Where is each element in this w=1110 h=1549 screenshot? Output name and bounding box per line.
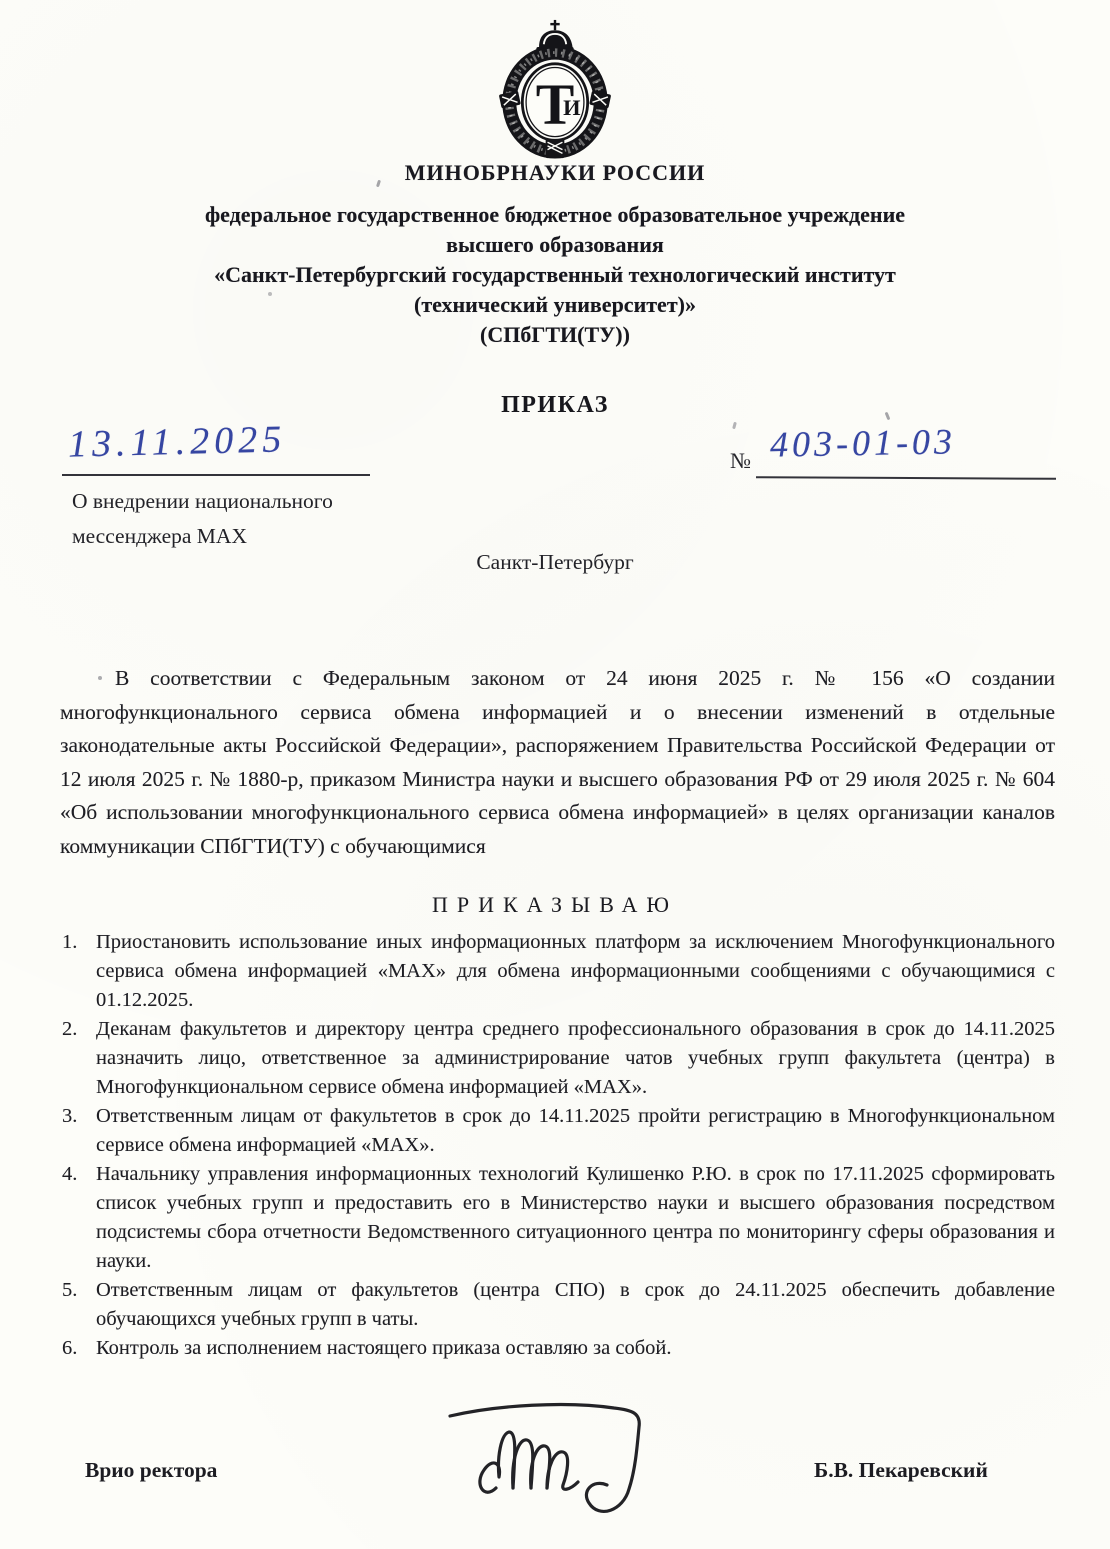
order-item-number: 6. [62, 1334, 77, 1363]
order-item-text: Ответственным лицам от факультетов в сро… [96, 1105, 1055, 1156]
order-item: 3. Ответственным лицам от факультетов в … [60, 1102, 1055, 1160]
handwritten-date: 13.11.2025 [67, 417, 286, 466]
scan-artifact [98, 676, 102, 680]
order-item: 4. Начальнику управления информационных … [60, 1160, 1055, 1276]
order-item: 5. Ответственным лицам от факультетов (ц… [60, 1276, 1055, 1334]
handwritten-signature-icon [442, 1382, 692, 1532]
order-item-text: Начальнику управления информационных тех… [96, 1163, 1055, 1272]
city-label: Санкт-Петербург [0, 550, 1110, 575]
order-item-number: 5. [62, 1276, 77, 1305]
signer-position-title: Врио ректора [85, 1458, 217, 1483]
order-subject-line: О внедрении национального [72, 484, 452, 519]
institution-line: (технический университет)» [0, 290, 1110, 320]
order-verb-heading: ПРИКАЗЫВАЮ [0, 892, 1110, 918]
number-sign: № [730, 448, 751, 474]
order-item: 2. Деканам факультетов и директору центр… [60, 1015, 1055, 1102]
ministry-name: МИНОБРНАУКИ РОССИИ [0, 160, 1110, 186]
requisites-row: 13.11.2025 № 403-01-03 [0, 424, 1110, 484]
signature-block: Врио ректора Б.В. Пекаревский [0, 1382, 1110, 1542]
institute-emblem-icon: Т И [485, 18, 625, 160]
order-item-number: 4. [62, 1160, 77, 1189]
order-item: 1. Приостановить использование иных инфо… [60, 928, 1055, 1015]
order-item-text: Контроль за исполнением настоящего прика… [96, 1337, 671, 1359]
order-subject-line: мессенджера MAX [72, 519, 452, 554]
order-item-text: Приостановить использование иных информа… [96, 931, 1055, 1011]
order-item: 6. Контроль за исполнением настоящего пр… [60, 1334, 1055, 1363]
preamble-paragraph: В соответствии с Федеральным законом от … [60, 662, 1055, 863]
monogram: Т И [522, 64, 587, 141]
institution-line: федеральное государственное бюджетное об… [0, 200, 1110, 230]
scanned-order-page: Т И МИНОБРНАУКИ РОССИИ федеральное госуд… [0, 0, 1110, 1549]
institution-name-block: федеральное государственное бюджетное об… [0, 200, 1110, 350]
number-underline [756, 476, 1056, 480]
order-subject: О внедрении национального мессенджера MA… [72, 484, 452, 554]
scan-artifact [268, 292, 272, 296]
order-item-number: 2. [62, 1015, 77, 1044]
document-type-title: ПРИКАЗ [0, 392, 1110, 419]
handwritten-number: 403-01-03 [770, 420, 957, 465]
date-underline [62, 474, 370, 476]
monogram-letter-side: И [563, 95, 581, 120]
order-item-text: Ответственным лицам от факультетов (цент… [96, 1279, 1055, 1330]
institution-line: (СПбГТИ(ТУ)) [0, 320, 1110, 350]
order-item-number: 1. [62, 928, 77, 957]
order-item-number: 3. [62, 1102, 77, 1131]
order-item-text: Деканам факультетов и директору центра с… [96, 1018, 1055, 1098]
order-items-list: 1. Приостановить использование иных инфо… [60, 928, 1055, 1363]
institution-line: высшего образования [0, 230, 1110, 260]
signer-name: Б.В. Пекаревский [814, 1458, 988, 1483]
institution-line: «Санкт-Петербургский государственный тех… [0, 260, 1110, 290]
